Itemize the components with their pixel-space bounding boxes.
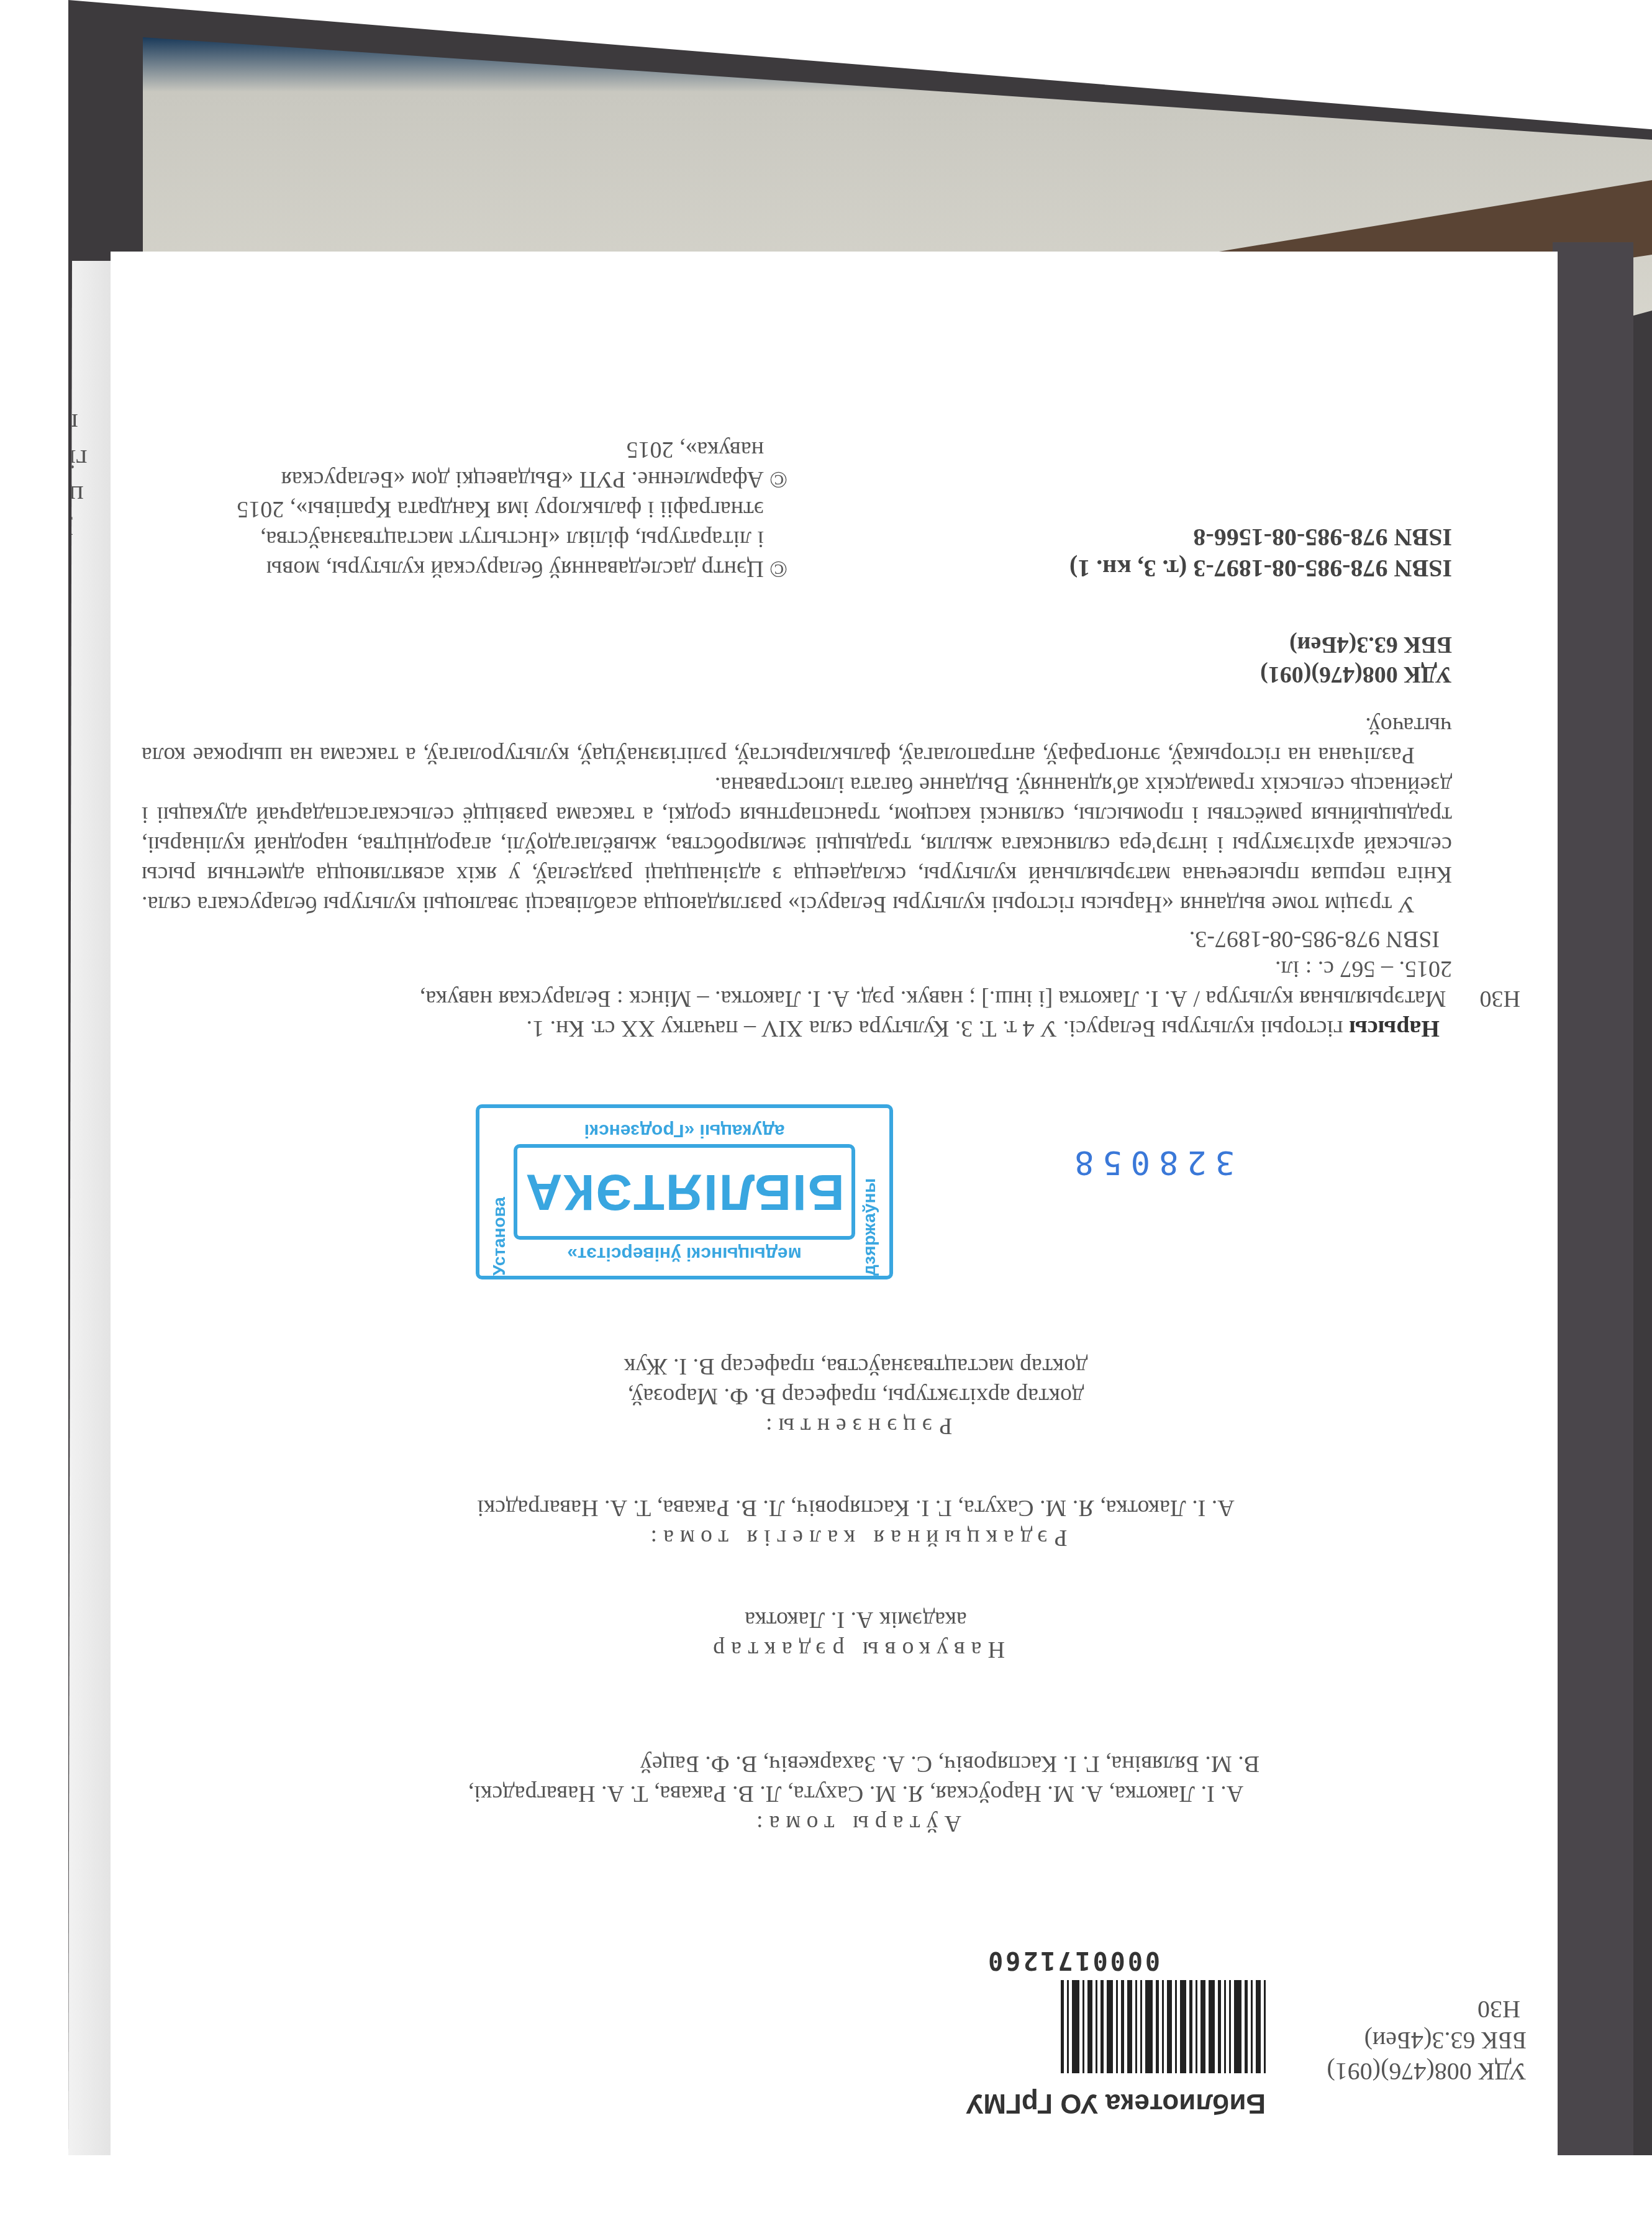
barcode-bar bbox=[1135, 1980, 1137, 2073]
stamp-text-left: дзяржаўны bbox=[855, 1108, 884, 1276]
scientific-editor-block: Навуковы рэдактар акадэмік А. І. Лакотка bbox=[328, 1605, 1384, 1665]
barcode-bar bbox=[1251, 1980, 1253, 2073]
barcode-bar bbox=[1234, 1980, 1241, 2073]
barcode-bar bbox=[1127, 1980, 1132, 2073]
scan-bottom-margin bbox=[0, 2155, 1652, 2231]
stamp-text-top: медыцынскі ўніверсітэт» bbox=[479, 1238, 889, 1268]
bib-code: Н30 bbox=[1452, 984, 1520, 1014]
copyright-line-3: этнаграфіі і фальклору імя Кандрата Крап… bbox=[166, 494, 787, 524]
udk-code: УДК 008(476)(091) bbox=[1327, 2056, 1527, 2087]
barcode-bar bbox=[1067, 1980, 1069, 2073]
copyright-line-4: © Афармленне. РУП «Выдавецкі дом «Белару… bbox=[166, 465, 787, 494]
reviewers-block: Рэцэнзенты: доктар архітэктуры, прафесар… bbox=[328, 1352, 1384, 1441]
bib-line-4: ISBN 978-985-08-1897-3. bbox=[142, 924, 1520, 954]
barcode-bar bbox=[1189, 1980, 1192, 2073]
barcode-bar bbox=[1162, 1980, 1164, 2073]
reviewers-heading: Рэцэнзенты: bbox=[328, 1411, 1384, 1441]
barcode-bar bbox=[1209, 1980, 1215, 2073]
reviewer-1: доктар архітэктуры, прафесар В. Ф. Мароз… bbox=[328, 1381, 1384, 1411]
copyright-line-1: © Цэнтр даследаванняў беларускай культур… bbox=[166, 554, 787, 584]
barcode-bar bbox=[1218, 1980, 1221, 2073]
editorial-board-heading: Рэдакцыйная калегія тома: bbox=[328, 1523, 1384, 1553]
classification-bottom: УДК 008(476)(091) ББК 63.3(4Беи) bbox=[1260, 630, 1452, 689]
udk-code-bottom: УДК 008(476)(091) bbox=[1260, 660, 1452, 689]
authors-line-1: А. І. Лакотка, А. М. Нароўская, Я. М. Са… bbox=[328, 1779, 1384, 1809]
abstract: У трэцім томе выдання «Нарысы гісторыі к… bbox=[142, 711, 1452, 919]
editorial-board-members: А. І. Лакотка, Я. М. Сахута, Г. І. Каспя… bbox=[328, 1493, 1384, 1523]
barcode-bar bbox=[1264, 1980, 1266, 2073]
bib-title-bold: Нарысы bbox=[1349, 1016, 1440, 1042]
isbn-block: ISBN 978-985-08-1897-3 (т. 3, кн. 1) ISB… bbox=[1069, 522, 1452, 584]
barcode-bar bbox=[1229, 1980, 1231, 2073]
barcode-bar bbox=[1121, 1980, 1124, 2073]
bbk-code-bottom: ББК 63.3(4Беи) bbox=[1260, 630, 1452, 660]
barcode-bar bbox=[1140, 1980, 1142, 2073]
copyright-page: Библиотека УО ГрГМУ 0000171260 УДК 008(4… bbox=[111, 252, 1558, 2161]
book-cover-right-edge bbox=[1553, 242, 1633, 2155]
barcode-bar bbox=[1175, 1980, 1177, 2073]
authors-block: Аўтары тома: А. І. Лакотка, А. М. Нароўс… bbox=[328, 1749, 1384, 1838]
barcode-bar bbox=[1245, 1980, 1248, 2073]
stamp-text-right: Установа bbox=[484, 1108, 514, 1276]
stamp-title: БІБЛІЯТЭКА bbox=[514, 1144, 855, 1240]
abstract-paragraph-1: У трэцім томе выдання «Нарысы гісторыі к… bbox=[142, 770, 1452, 919]
barcode-bar bbox=[1107, 1980, 1113, 2073]
barcode-bar bbox=[1167, 1980, 1172, 2073]
barcode-bar bbox=[1256, 1980, 1261, 2073]
barcode-bar bbox=[1082, 1980, 1084, 2073]
editorial-board-block: Рэдакцыйная калегія тома: А. І. Лакотка,… bbox=[328, 1493, 1384, 1553]
barcode-number: 0000171260 bbox=[966, 1945, 1160, 1975]
isbn-set: ISBN 978-985-08-1566-8 bbox=[1069, 522, 1452, 553]
scientific-editor-name: акадэмік А. І. Лакотка bbox=[328, 1605, 1384, 1635]
barcode-bar bbox=[1180, 1980, 1186, 2073]
barcode-bar bbox=[1156, 1980, 1159, 2073]
bib-line-2-text: Матэрыяльная культура / А. І. Лакотка [і… bbox=[420, 986, 1446, 1012]
library-label: Библиотека УО ГрГМУ bbox=[966, 2088, 1266, 2118]
barcode-bar bbox=[1196, 1980, 1197, 2073]
barcode-bar bbox=[1224, 1980, 1226, 2073]
copyright-line-2: і літаратуры, філіял «Інстытут мастацтва… bbox=[166, 524, 787, 554]
bibliographic-record: Нарысы гісторыі культуры Беларусі. У 4 т… bbox=[142, 924, 1520, 1043]
authors-line-2: В. М. Бялявіна, Г. І. Каспяровіч, С. А. … bbox=[328, 1749, 1384, 1779]
copyright-line-5: навука», 2015 bbox=[166, 435, 787, 465]
isbn-volume: ISBN 978-985-08-1897-3 (т. 3, кн. 1) bbox=[1069, 553, 1452, 584]
bbk-code: ББК 63.3(4Беи) bbox=[1327, 2025, 1527, 2056]
bib-line-1: Нарысы гісторыі культуры Беларусі. У 4 т… bbox=[142, 1014, 1520, 1043]
bib-line-2: Н30 Матэрыяльная культура / А. І. Лакотк… bbox=[142, 984, 1520, 1014]
classification-top: УДК 008(476)(091) ББК 63.3(4Беи) Н30 bbox=[1327, 1994, 1527, 2087]
barcode bbox=[966, 1980, 1266, 2073]
copyright-block: © Цэнтр даследаванняў беларускай культур… bbox=[166, 435, 787, 584]
library-label-block: Библиотека УО ГрГМУ 0000171260 bbox=[966, 1945, 1266, 2118]
barcode-bar bbox=[1101, 1980, 1104, 2073]
barcode-bar bbox=[1087, 1980, 1092, 2073]
barcode-bar bbox=[1116, 1980, 1118, 2073]
barcode-bar bbox=[1200, 1980, 1205, 2073]
authors-heading: Аўтары тома: bbox=[328, 1809, 1384, 1838]
scientific-editor-heading: Навуковы рэдактар bbox=[328, 1635, 1384, 1665]
reviewer-2: доктар мастацтвазнаўства, прафесар В. І.… bbox=[328, 1352, 1384, 1381]
library-stamp: медыцынскі ўніверсітэт» БІБЛІЯТЭКА адука… bbox=[476, 1104, 893, 1279]
inventory-number: 328058 bbox=[1066, 1147, 1235, 1177]
abstract-paragraph-2: Разлічана на гісторыкаў, этнографаў, ант… bbox=[142, 711, 1452, 770]
bib-title-rest: гісторыі культуры Беларусі. У 4 т. Т. 3.… bbox=[527, 1016, 1343, 1042]
bib-line-3: 2015. – 567 с. : іл. bbox=[142, 954, 1520, 984]
barcode-bar bbox=[1061, 1980, 1064, 2073]
catalog-code: Н30 bbox=[1327, 1994, 1527, 2025]
barcode-bar bbox=[1145, 1980, 1153, 2073]
copyright-page-content: Библиотека УО ГрГМУ 0000171260 УДК 008(4… bbox=[111, 252, 1558, 2161]
barcode-bar bbox=[1072, 1980, 1079, 2073]
stamp-text-bottom: адукацыі «Гродзенскі bbox=[479, 1115, 889, 1145]
barcode-bar bbox=[1096, 1980, 1097, 2073]
